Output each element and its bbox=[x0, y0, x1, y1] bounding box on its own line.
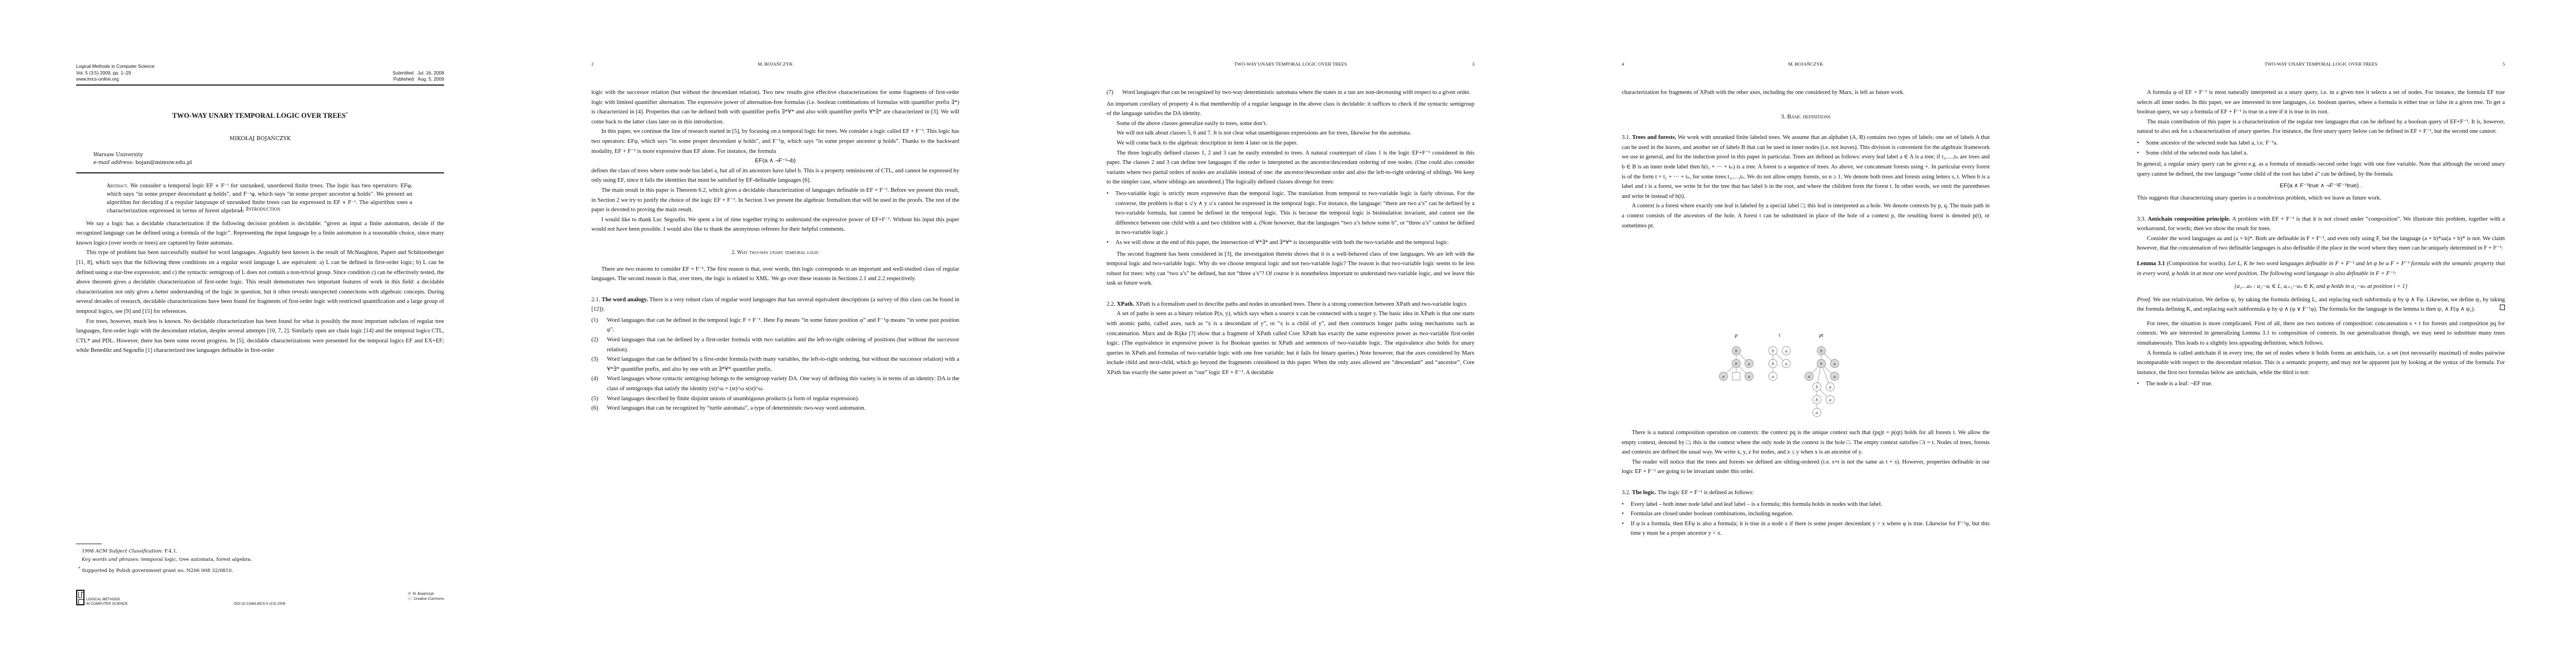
bullet-item: •If φ is a formula, then EFφ is also a f… bbox=[1622, 519, 1990, 539]
bullet-icon: • bbox=[1107, 238, 1115, 248]
list-item: (1)Word languages that can be defined in… bbox=[591, 316, 959, 335]
bullet-list: •Two-variable logic is strictly more exp… bbox=[1107, 189, 1474, 248]
paragraph: This suggests that characterizing unary … bbox=[2137, 193, 2505, 203]
paragraph: A formula φ of EF + F⁻¹ is most naturall… bbox=[2137, 88, 2505, 117]
context-substitution-figure: p t pt bbox=[1718, 332, 1896, 421]
published-label: Published bbox=[393, 76, 414, 82]
svg-text:a: a bbox=[1816, 410, 1818, 415]
bullet-icon: • bbox=[1622, 509, 1631, 519]
bullet-item: •Every label – both inner node label and… bbox=[1622, 500, 1990, 510]
svg-text:a: a bbox=[1808, 374, 1810, 379]
page-2: 2 M. BOJAŃCZYK logic with the successor … bbox=[515, 0, 1030, 667]
paragraph: logic with the successor relation (but w… bbox=[591, 88, 959, 127]
paragraph: This type of problem has been successful… bbox=[76, 248, 444, 316]
svg-text:a: a bbox=[1833, 361, 1836, 366]
svg-text:a: a bbox=[1829, 385, 1831, 390]
journal-name: Logical Methods in Computer Science bbox=[76, 63, 444, 70]
paragraph: The three logically defined classes 1, 2… bbox=[1107, 148, 1474, 187]
page-5-body: A formula φ of EF + F⁻¹ is most naturall… bbox=[2137, 88, 2505, 389]
journal-url[interactable]: www.lmcs-online.org bbox=[76, 76, 444, 83]
bullet-item: •The node is a leaf: ¬EF true. bbox=[2137, 379, 2505, 389]
bullet-item: •As we will show at the end of this pape… bbox=[1107, 238, 1474, 248]
svg-text:a: a bbox=[1785, 349, 1787, 354]
running-head-title: M. BOJAŃCZYK bbox=[591, 61, 959, 67]
license[interactable]: Creative Commons bbox=[413, 597, 444, 601]
paragraph: For trees, the situation is more complic… bbox=[2137, 319, 2505, 349]
lemma-display-formula: {a₁…aₙ : a₁···aᵢ ∈ L, aᵢ₊₁···aₙ ∈ K, and… bbox=[2137, 282, 2505, 292]
abstract-rule bbox=[76, 172, 444, 173]
figure-label-t: t bbox=[1779, 332, 1781, 338]
subsection-antichain: 3.3. Antichain composition principle. A … bbox=[2137, 215, 2505, 234]
page-3: TWO-WAY UNARY TEMPORAL LOGIC OVER TREES … bbox=[1030, 0, 1546, 667]
paragraph: An important corollary of property 4 is … bbox=[1107, 99, 1474, 119]
creative-commons-icon: ⓒ bbox=[408, 597, 411, 601]
subsection-the-logic: 3.2. The logic. The logic EF + F⁻¹ is de… bbox=[1622, 488, 1990, 498]
page-3-body: (7)Word languages that can be recognized… bbox=[1107, 88, 1474, 378]
running-head-title: M. BOJAŃCZYK bbox=[1622, 61, 1990, 67]
submitted-date: Jul. 16, 2008 bbox=[417, 70, 444, 76]
subsection-xpath: 2.2. XPath. XPath is a formalism used to… bbox=[1107, 300, 1474, 310]
bullet-list: •Every label – both inner node label and… bbox=[1622, 500, 1990, 539]
svg-text:a: a bbox=[1748, 361, 1750, 366]
paragraph: characterization for fragments of XPath … bbox=[1622, 88, 1990, 98]
paragraph: In this paper, we continue the line of r… bbox=[591, 127, 959, 156]
paragraph: The reader will notice that the trees an… bbox=[1622, 457, 1990, 477]
paragraph: defines the class of trees where some no… bbox=[591, 166, 959, 186]
page-1-body: 1. Introduction We say a logic has a dec… bbox=[76, 205, 444, 356]
svg-text:b: b bbox=[1820, 361, 1822, 366]
paper-title: TWO-WAY UNARY TEMPORAL LOGIC OVER TREES* bbox=[76, 111, 444, 120]
list-item: (7)Word languages that can be recognized… bbox=[1107, 88, 1474, 98]
svg-text:b: b bbox=[1772, 361, 1774, 366]
email-label: e-mail address: bbox=[93, 160, 134, 166]
paragraph: Consider the word languages aa and (a + … bbox=[2137, 234, 2505, 253]
qed-icon bbox=[2500, 305, 2505, 310]
figure-label-pt: pt bbox=[1818, 332, 1823, 338]
published-date: Aug. 5, 2009 bbox=[418, 76, 445, 82]
list-item: (6)Word languages that can be recognized… bbox=[591, 404, 959, 414]
page-5: TWO-WAY UNARY TEMPORAL LOGIC OVER TREES … bbox=[2061, 0, 2576, 667]
display-formula: EF(a ∧ ¬F⁻¹¬b) bbox=[591, 156, 959, 166]
bullet-item: •Some child of the selected node has lab… bbox=[2137, 148, 2505, 158]
footnote-grant: * Supported by Polish government grant n… bbox=[78, 564, 444, 575]
page-4: 4 M. BOJAŃCZYK characterization for frag… bbox=[1546, 0, 2061, 667]
display-formula: EF(a ∧ F⁻¹true ∧ ¬F⁻¹F⁻¹true) . bbox=[2137, 181, 2505, 191]
page-footer: LOGICAL METHODS IN COMPUTER SCIENCE DOI:… bbox=[76, 590, 444, 606]
section-heading-introduction: 1. Introduction bbox=[76, 205, 444, 215]
bullet-icon: • bbox=[1622, 500, 1631, 510]
svg-text:b: b bbox=[1816, 385, 1818, 390]
bullet-item: •Some ancestor of the selected node has … bbox=[2137, 138, 2505, 148]
svg-text:a: a bbox=[1748, 374, 1750, 379]
running-head-title: TWO-WAY UNARY TEMPORAL LOGIC OVER TREES bbox=[1107, 61, 1474, 67]
header-rule bbox=[76, 84, 444, 86]
lmcs-logo-icon bbox=[76, 590, 84, 605]
paragraph: I would like to thank Luc Segoufin. We s… bbox=[591, 215, 959, 235]
paragraph: There is a natural composition operation… bbox=[1622, 428, 1990, 457]
bullet-list: •Some ancestor of the selected node has … bbox=[2137, 138, 2505, 158]
bullet-icon: • bbox=[1622, 519, 1631, 539]
logo-line1: LOGICAL METHODS bbox=[86, 598, 128, 602]
svg-text:a: a bbox=[1772, 374, 1774, 379]
svg-text:a: a bbox=[1829, 397, 1831, 402]
footnotes: 1998 ACM Subject Classification: F.4.1. … bbox=[76, 544, 444, 575]
footnote-rule bbox=[76, 544, 102, 544]
page-2-body: logic with the successor relation (but w… bbox=[591, 88, 959, 414]
paragraph: We will come back to the algebraic descr… bbox=[1107, 138, 1474, 148]
footnote-keywords: Key words and phrases: temporal logic, t… bbox=[82, 556, 444, 564]
paragraph: The main contribution of this paper is a… bbox=[2137, 117, 2505, 137]
bullet-icon: • bbox=[2137, 138, 2146, 148]
bullet-icon: • bbox=[2137, 148, 2146, 158]
svg-text:b: b bbox=[1820, 349, 1822, 354]
list-item: (4)Word languages whose syntactic semigr… bbox=[591, 374, 959, 394]
paragraph: There are two reasons to consider EF + F… bbox=[591, 265, 959, 284]
bullet-item: •Formulas are closed under boolean combi… bbox=[1622, 509, 1990, 519]
paragraph: We say a logic has a decidable character… bbox=[76, 219, 444, 248]
bullet-icon: • bbox=[2137, 379, 2146, 389]
paragraph: The main result in this paper is Theorem… bbox=[591, 186, 959, 215]
affiliation: Warsaw University e-mail address: bojan@… bbox=[93, 151, 192, 167]
footnote-acm: 1998 ACM Subject Classification: F.4.1. bbox=[82, 547, 444, 556]
bullet-item: •Two-variable logic is strictly more exp… bbox=[1107, 189, 1474, 238]
logo-line2: IN COMPUTER SCIENCE bbox=[86, 602, 128, 606]
page-number: 5 bbox=[2503, 61, 2505, 67]
page-4-body-lower: There is a natural composition operation… bbox=[1622, 428, 1990, 539]
subsection-word-analogy: 2.1. The word analogy. There is a very r… bbox=[591, 295, 959, 315]
svg-text:b: b bbox=[1735, 349, 1737, 354]
paragraph: A set of paths is seen as a binary relat… bbox=[1107, 309, 1474, 377]
lemma-3-1: Lemma 3.1 (Composition for words). Let L… bbox=[2137, 259, 2505, 278]
svg-text:b: b bbox=[1735, 361, 1737, 366]
section-heading-basic-definitions: 3. Basic definitions bbox=[1622, 112, 1990, 122]
journal-header: Logical Methods in Computer Science Vol.… bbox=[76, 63, 444, 83]
svg-text:a: a bbox=[1785, 361, 1787, 366]
abstract-label: Abstract. bbox=[107, 183, 128, 189]
hole-icon bbox=[1732, 372, 1740, 380]
paragraph: We will not talk about classes 5, 6 and … bbox=[1107, 128, 1474, 138]
journal-volume: Vol. 5 (3:5) 2009, pp. 1–29 bbox=[76, 70, 444, 77]
list-item: (2)Word languages that can be defined by… bbox=[591, 335, 959, 355]
running-head-title: TWO-WAY UNARY TEMPORAL LOGIC OVER TREES bbox=[2137, 61, 2505, 67]
email-address[interactable]: bojan@mimuw.edu.pl bbox=[136, 160, 192, 166]
svg-text:a: a bbox=[1722, 374, 1725, 379]
paragraph: Some of the above classes generalize eas… bbox=[1107, 119, 1474, 129]
submitted-label: Submitted bbox=[392, 70, 413, 76]
proof: Proof. We use relativization. We define … bbox=[2137, 295, 2505, 315]
page-number: 3 bbox=[1472, 61, 1474, 67]
figure-label-p: p bbox=[1735, 332, 1738, 338]
doi[interactable]: DOI:10.2168/LMCS-5 (3:5) 2009 bbox=[234, 602, 285, 606]
list-item: (5)Word languages described by finite di… bbox=[591, 394, 959, 404]
paragraph: A context is a forest where exactly one … bbox=[1622, 201, 1990, 231]
section-heading-why: 2. Why two-way unary temporal logic bbox=[591, 248, 959, 258]
paragraph: In general, a regular unary query can be… bbox=[2137, 160, 2505, 179]
paragraph: For trees, however, much less is known. … bbox=[76, 317, 444, 356]
copyright-holder: M. Bojańczyk bbox=[413, 592, 434, 596]
author-name: MIKOŁAJ BOJAŃCZYK bbox=[76, 136, 444, 142]
page-1: Logical Methods in Computer Science Vol.… bbox=[0, 0, 515, 667]
paragraph: The second fragment has been considered … bbox=[1107, 250, 1474, 288]
equivalent-descriptions-list: (1)Word languages that can be defined in… bbox=[591, 316, 959, 414]
subsection-trees-forests: 3.1. Trees and forests. We work with unr… bbox=[1622, 133, 1990, 201]
bullet-icon: • bbox=[1107, 189, 1115, 238]
bullet-list: •The node is a leaf: ¬EF true. bbox=[2137, 379, 2505, 389]
svg-text:a: a bbox=[1833, 374, 1836, 379]
copyright-icon: © bbox=[408, 592, 411, 596]
svg-text:b: b bbox=[1772, 349, 1774, 354]
paragraph: A formula is called antichain if in ever… bbox=[2137, 349, 2505, 378]
page-4-body: characterization for fragments of XPath … bbox=[1622, 88, 1990, 231]
svg-text:b: b bbox=[1816, 397, 1818, 402]
list-item: (3)Word languages that can be defined by… bbox=[591, 355, 959, 374]
